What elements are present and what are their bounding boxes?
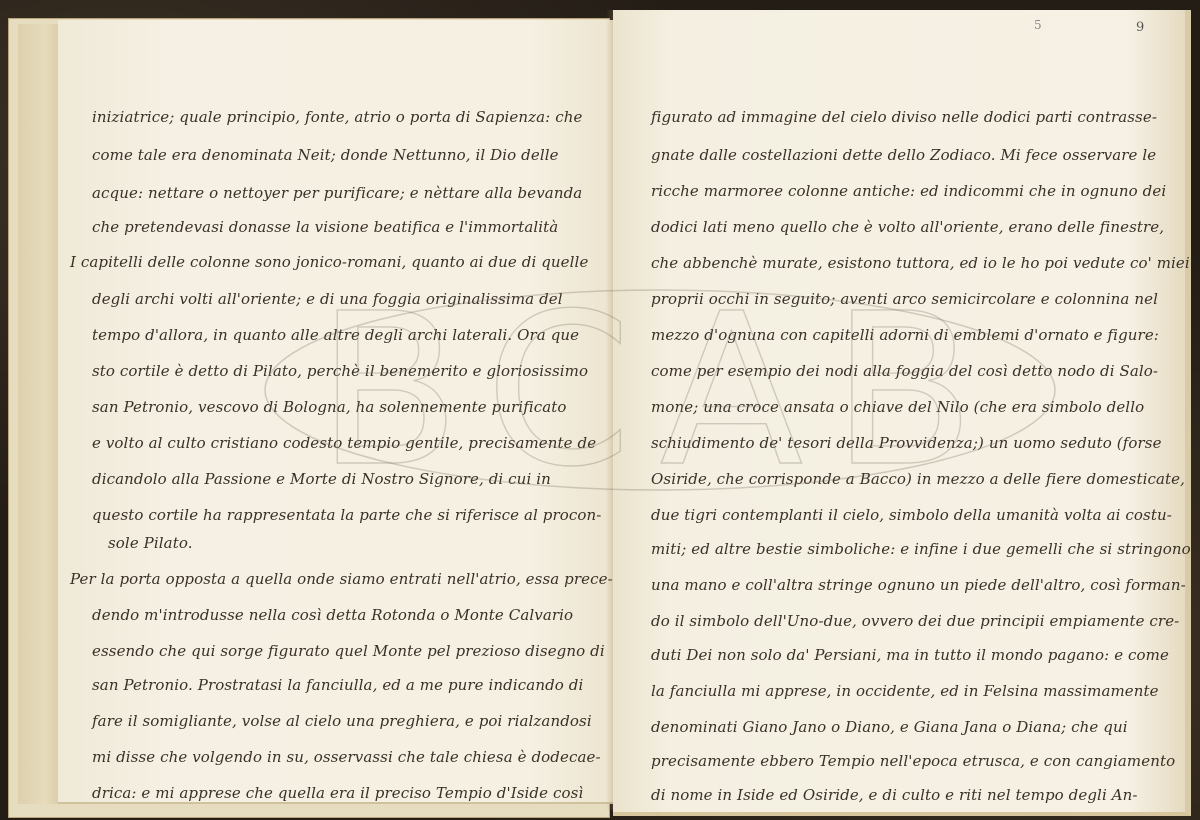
manuscript-line: una mano e coll'altra stringe ognuno un … xyxy=(651,576,1186,594)
manuscript-line: proprii occhi in seguito; aventi arco se… xyxy=(651,290,1158,308)
manuscript-line: san Petronio, vescovo di Bologna, ha sol… xyxy=(92,398,567,416)
manuscript-line: che pretendevasi donasse la visione beat… xyxy=(92,218,558,236)
manuscript-line: fare il somigliante, volse al cielo una … xyxy=(92,712,592,730)
manuscript-line: due tigri contemplanti il cielo, simbolo… xyxy=(651,506,1172,524)
manuscript-line: sto cortile è detto di Pilato, perchè il… xyxy=(92,362,588,380)
manuscript-line: denominati Giano Jano o Diano, e Giana J… xyxy=(651,718,1128,736)
manuscript-line: duti Dei non solo da' Persiani, ma in tu… xyxy=(651,646,1169,664)
manuscript-line: drica: e mi apprese che quella era il pr… xyxy=(92,784,583,802)
manuscript-line: do il simbolo dell'Uno-due, ovvero dei d… xyxy=(651,612,1179,630)
manuscript-line: questo cortile ha rappresentata la parte… xyxy=(92,506,601,524)
manuscript-line: ricche marmoree colonne antiche: ed indi… xyxy=(651,182,1166,200)
manuscript-line: mezzo d'ognuna con capitelli adorni di e… xyxy=(651,326,1159,344)
manuscript-line: la fanciulla mi apprese, in occidente, e… xyxy=(651,682,1159,700)
manuscript-line: dicandolo alla Passione e Morte di Nostr… xyxy=(92,470,551,488)
manuscript-line: dendo m'introdusse nella così detta Roto… xyxy=(92,606,573,624)
manuscript-line: che abbenchè murate, esistono tuttora, e… xyxy=(651,254,1190,272)
manuscript-line: di nome in Iside ed Osiride, e di culto … xyxy=(651,786,1138,804)
manuscript-line: come per esempio dei nodi alla foggia de… xyxy=(651,362,1158,380)
manuscript-line: precisamente ebbero Tempio nell'epoca et… xyxy=(651,752,1175,770)
left-page: iniziatrice; quale principio, fonte, atr… xyxy=(58,20,613,802)
manuscript-line: schiudimento de' tesori della Provvidenz… xyxy=(651,434,1162,452)
manuscript-line: gnate dalle costellazioni dette dello Zo… xyxy=(651,146,1156,164)
manuscript-line: dodici lati meno quello che è volto all'… xyxy=(651,218,1164,236)
manuscript-line: Per la porta opposta a quella onde siamo… xyxy=(70,570,613,588)
manuscript-line: tempo d'allora, in quanto alle altre deg… xyxy=(92,326,579,344)
manuscript-line: come tale era denominata Neit; donde Net… xyxy=(92,146,559,164)
manuscript-line: mone; una croce ansata o chiave del Nilo… xyxy=(651,398,1144,416)
manuscript-line: acque: nettare o nettoyer per purificare… xyxy=(92,184,582,202)
manuscript-line: e volto al culto cristiano codesto tempi… xyxy=(92,434,596,452)
manuscript-line: figurato ad immagine del cielo diviso ne… xyxy=(651,108,1157,126)
pencil-corner-mark: 5 xyxy=(1034,18,1042,32)
page-number: 9 xyxy=(1136,20,1144,35)
manuscript-line: san Petronio. Prostratasi la fanciulla, … xyxy=(92,676,583,694)
manuscript-line: iniziatrice; quale principio, fonte, atr… xyxy=(92,108,582,126)
manuscript-line: Osiride, che corrisponde a Bacco) in mez… xyxy=(651,470,1185,488)
manuscript-line: essendo che qui sorge figurato quel Mont… xyxy=(92,642,605,660)
right-page: figurato ad immagine del cielo diviso ne… xyxy=(613,10,1191,816)
manuscript-line: I capitelli delle colonne sono jonico-ro… xyxy=(70,253,588,271)
manuscript-line: mi disse che volgendo in su, osservassi … xyxy=(92,748,601,766)
manuscript-line: sole Pilato. xyxy=(108,534,193,552)
manuscript-line: degli archi volti all'oriente; e di una … xyxy=(92,290,563,308)
manuscript-line: miti; ed altre bestie simboliche: e infi… xyxy=(651,540,1191,558)
